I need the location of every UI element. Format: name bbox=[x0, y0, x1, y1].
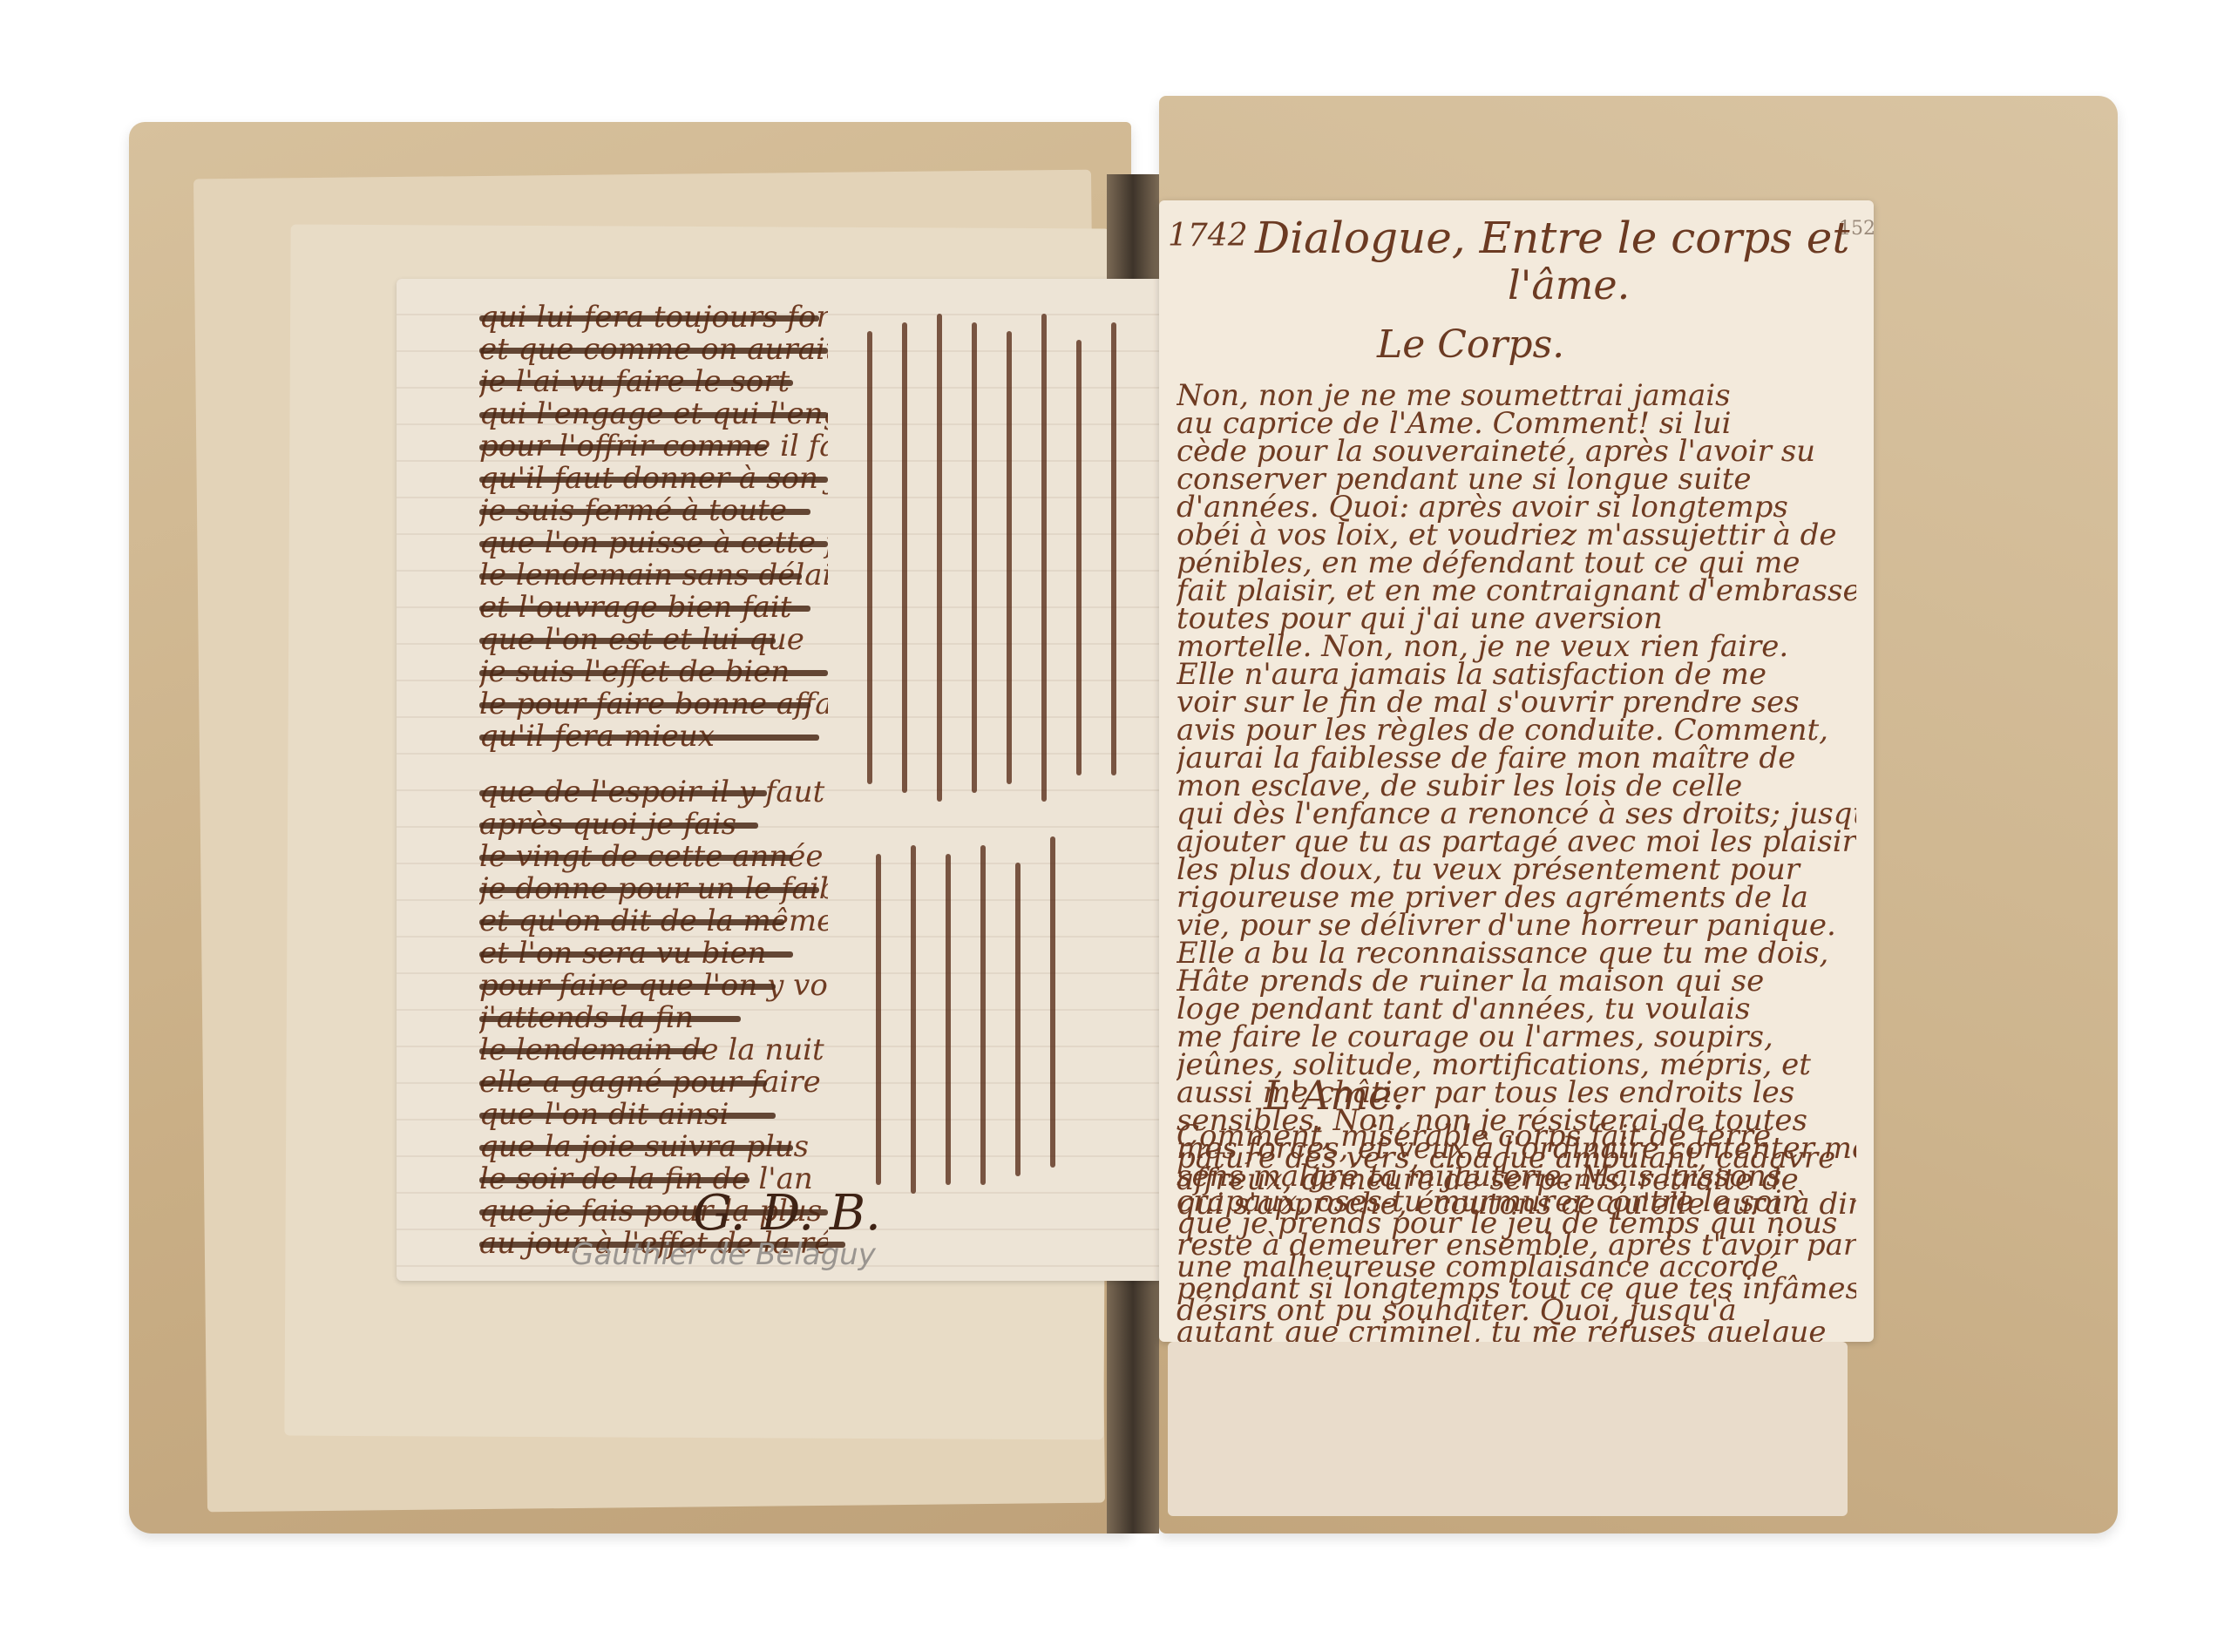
signature-monogram: G. D. B. bbox=[693, 1185, 881, 1242]
title-line-1: Dialogue, Entre le corps et bbox=[1255, 213, 1849, 263]
speaker-heading-corps: Le Corps. bbox=[1377, 322, 1564, 367]
struck-text-column: qui lui fera toujours force et que comme… bbox=[479, 296, 828, 1255]
vertical-struck-block-upper bbox=[858, 296, 1137, 836]
right-page: 1742 152 Dialogue, Entre le corps et l'â… bbox=[1159, 200, 1874, 1342]
pencil-attribution: Gauthier de Belaguy bbox=[571, 1237, 876, 1272]
title-line-2: l'âme. bbox=[1508, 261, 1630, 308]
right-lower-paper bbox=[1168, 1342, 1848, 1516]
left-page: qui lui fera toujours force et que comme… bbox=[397, 279, 1163, 1281]
vertical-struck-block-lower bbox=[858, 836, 1137, 1220]
speaker-heading-ame: L'Ame. bbox=[1264, 1072, 1405, 1119]
year-note: 1742 bbox=[1168, 218, 1248, 254]
